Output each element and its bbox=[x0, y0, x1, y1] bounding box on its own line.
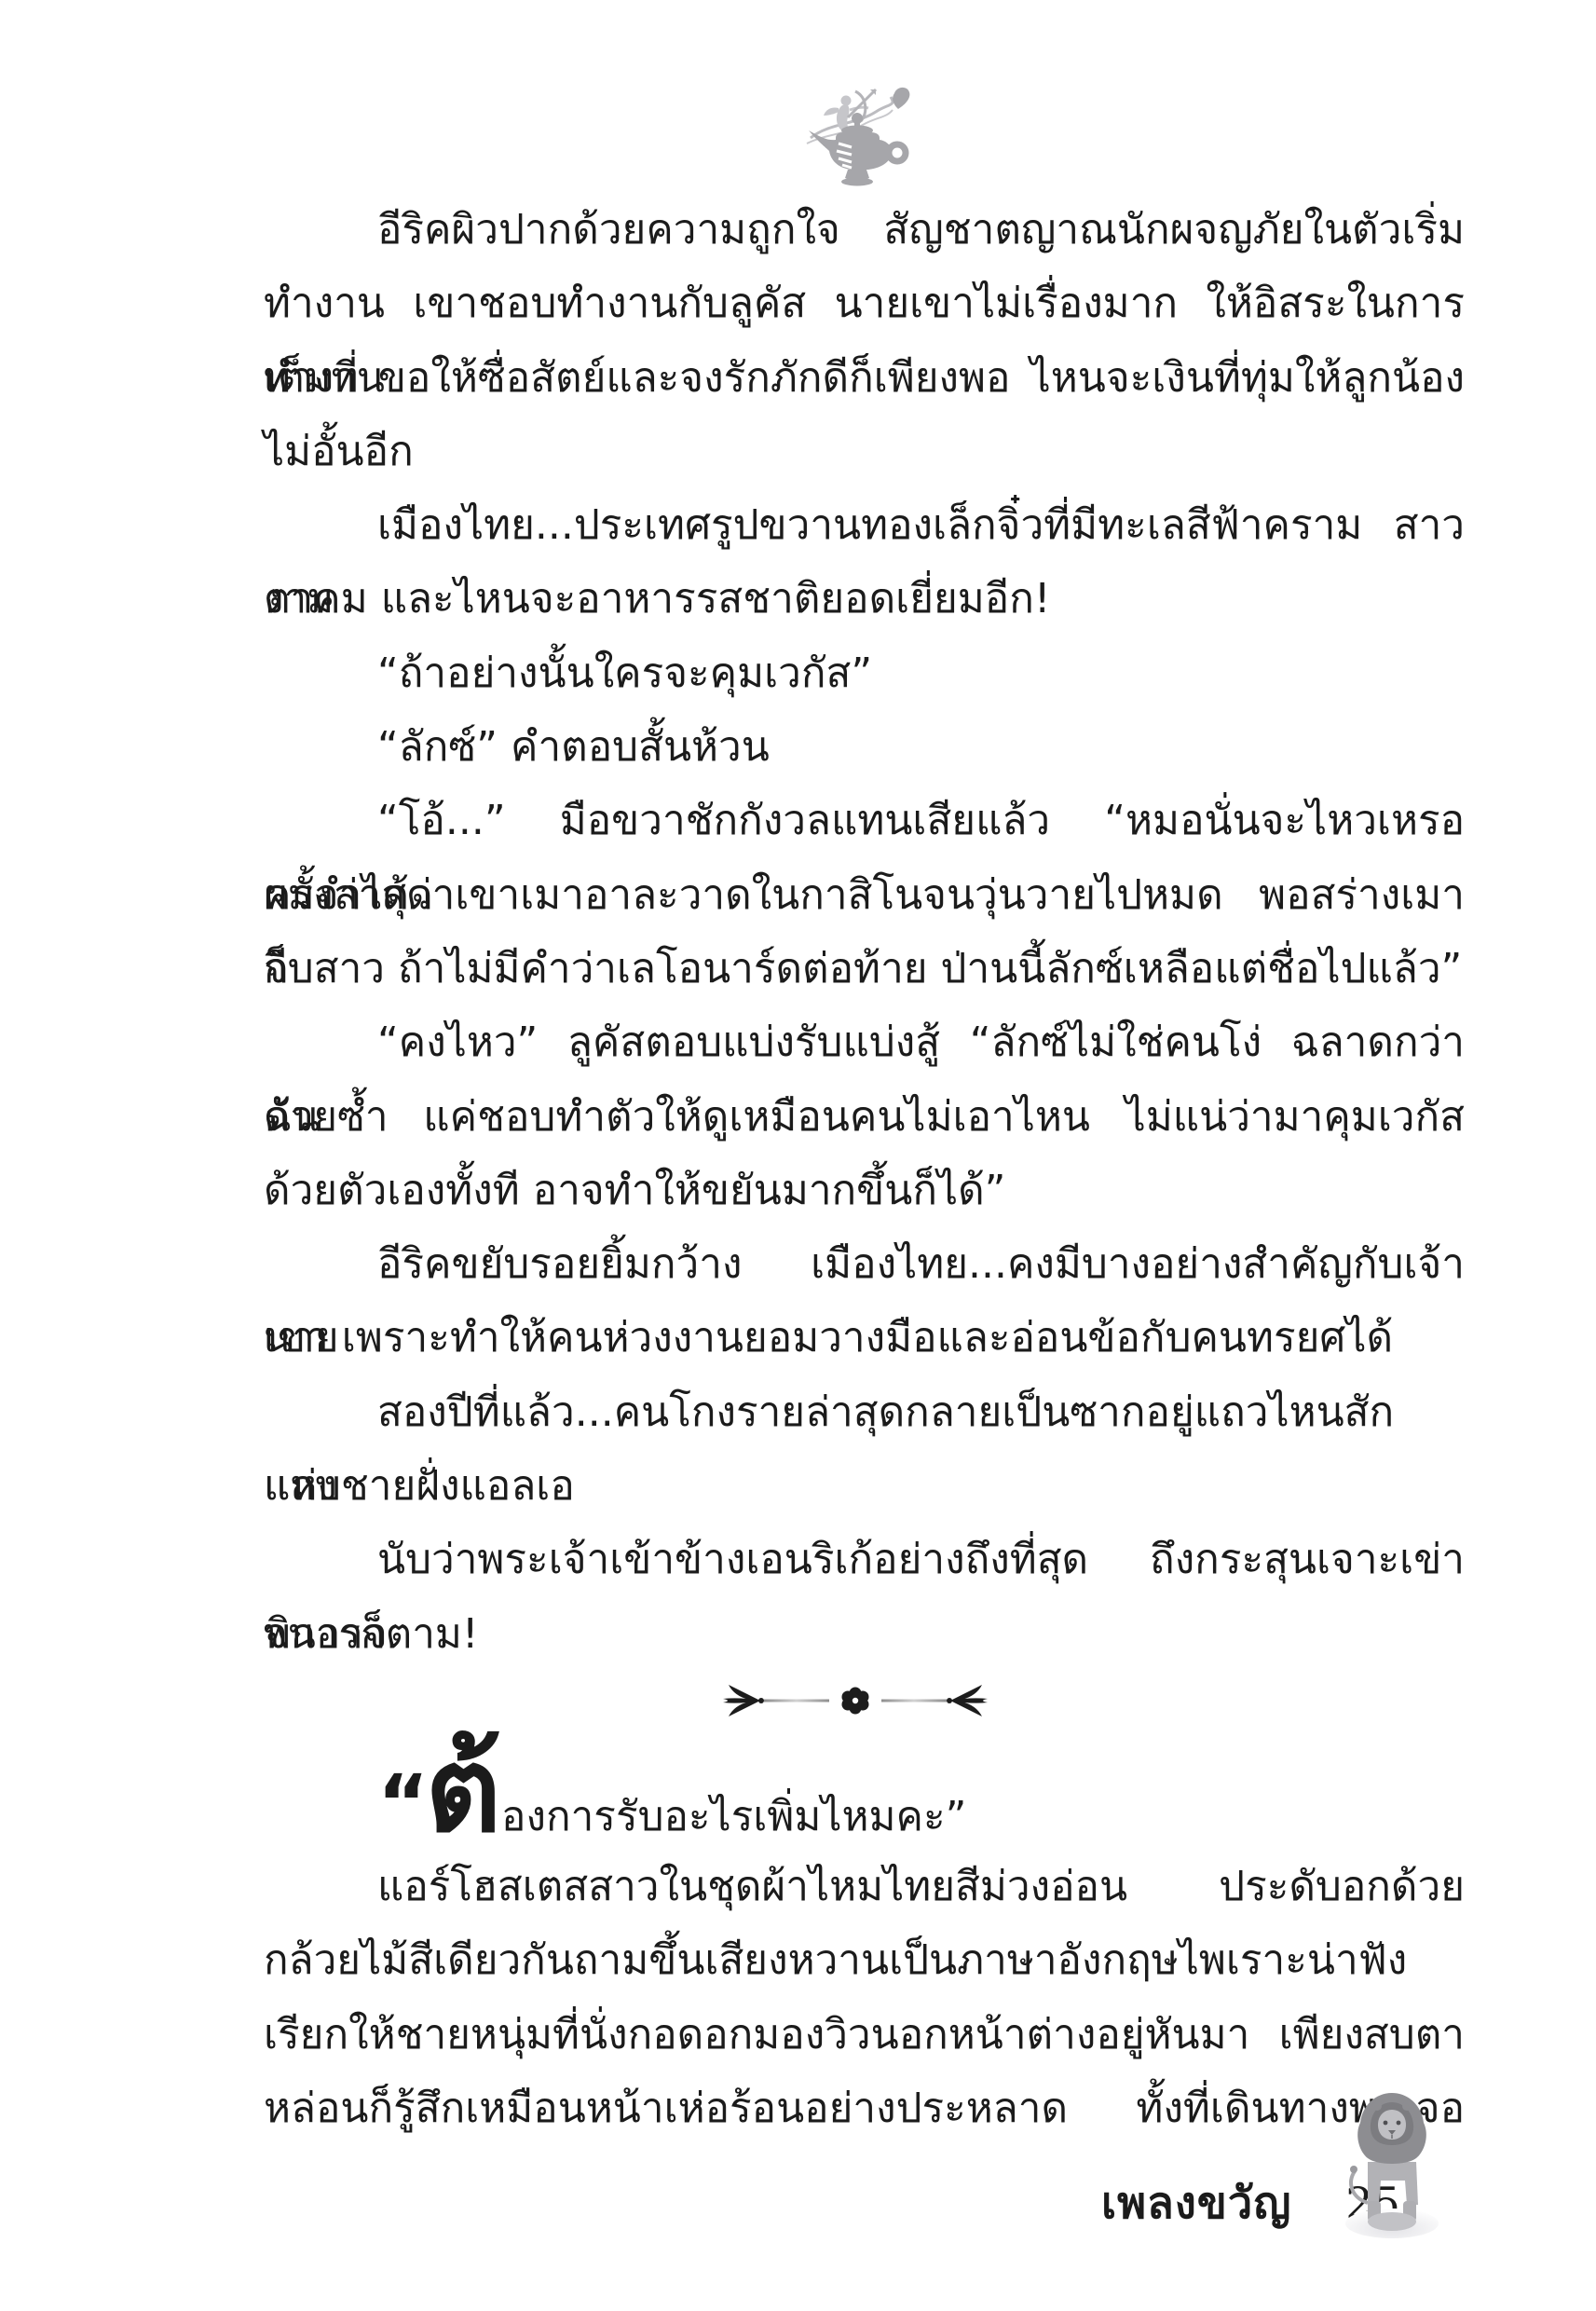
text-line: “โอ้...” มือขวาชักกังวลแทนเสียแล้ว “หมอน… bbox=[264, 784, 1465, 857]
cupid-genie-lamp-icon bbox=[798, 76, 921, 190]
text-line: เมืองไทย...ประเทศรูปขวานทองเล็กจิ๋วที่มี… bbox=[264, 488, 1465, 562]
text-line: กล้วยไม้สีเดียวกันถามขึ้นเสียงหวานเป็นภา… bbox=[264, 1923, 1465, 1997]
floral-divider-icon bbox=[717, 1683, 993, 1718]
text-line: แอร์โฮสเตสสาวในชุดผ้าไหมไทยสีม่วงอ่อน ปร… bbox=[264, 1850, 1465, 1923]
text-line: ผมจำได้ว่าเขาเมาอาละวาดในกาสิโนจนวุ่นวาย… bbox=[264, 858, 1465, 932]
book-page: อีริคผิวปากด้วยความถูกใจ สัญชาตญาณนักผจญ… bbox=[0, 0, 1596, 2311]
drop-cap-line: “ต้องการรับอะไรเพิ่มไหมคะ” bbox=[377, 1731, 966, 1862]
text-line: สองปีที่แล้ว...คนโกงรายล่าสุดกลายเป็นซาก… bbox=[264, 1375, 1465, 1449]
text-line: แถบชายฝั่งแอลเอ bbox=[264, 1449, 1465, 1523]
text-line: อีริคขยับรอยยิ้มกว้าง เมืองไทย...คงมีบาง… bbox=[264, 1227, 1465, 1301]
text-line: พิการก็ตาม! bbox=[264, 1597, 1465, 1671]
text-line: ด้วยตัวเองทั้งที อาจทำให้ขยันมากขึ้นก็ได… bbox=[264, 1154, 1465, 1227]
text-line: นับว่าพระเจ้าเข้าข้างเอนริเก้อย่างถึงที่… bbox=[264, 1523, 1465, 1596]
book-title: เพลงขวัญ bbox=[1101, 2167, 1291, 2237]
text-line: ทำงาน เขาชอบทำงานกับลูคัส นายเขาไม่เรื่อ… bbox=[264, 267, 1465, 340]
drop-cap-quote: “ bbox=[377, 1757, 425, 1849]
text-line: ไม่อั้นอีก bbox=[264, 415, 1465, 488]
drop-cap-rest-text: องการรับอะไรเพิ่มไหมคะ” bbox=[501, 1793, 966, 1840]
section2-text: แอร์โฮสเตสสาวในชุดผ้าไหมไทยสีม่วงอ่อน ปร… bbox=[264, 1850, 1465, 2145]
lion-image bbox=[1340, 2085, 1444, 2242]
text-line: “ลักซ์” คำตอบสั้นห้วน bbox=[264, 710, 1465, 784]
text-line: อีริคผิวปากด้วยความถูกใจ สัญชาตญาณนักผจญ… bbox=[264, 193, 1465, 267]
text-line: “ถ้าอย่างนั้นใครจะคุมเวกัส” bbox=[264, 636, 1465, 710]
text-line: เรียกให้ชายหนุ่มที่นั่งกอดอกมองวิวนอกหน้… bbox=[264, 1998, 1465, 2072]
body-text: อีริคผิวปากด้วยความถูกใจ สัญชาตญาณนักผจญ… bbox=[264, 193, 1465, 1671]
text-line: จีบสาว ถ้าไม่มีคำว่าเลโอนาร์ดต่อท้าย ป่า… bbox=[264, 932, 1465, 1005]
text-line: “คงไหว” ลูคัสตอบแบ่งรับแบ่งสู้ “ลักซ์ไม่… bbox=[264, 1005, 1465, 1079]
text-line: เต็มที่ ขอให้ซื่อสัตย์และจงรักภักดีก็เพี… bbox=[264, 341, 1465, 415]
text-line: หล่อนก็รู้สึกเหมือนหน้าเห่อร้อนอย่างประห… bbox=[264, 2072, 1465, 2145]
text-line: ด้วยซ้ำ แค่ชอบทำตัวให้ดูเหมือนคนไม่เอาไห… bbox=[264, 1080, 1465, 1154]
text-line: ตาคม และไหนจะอาหารรสชาติยอดเยี่ยมอีก! bbox=[264, 562, 1465, 636]
text-line: เขา เพราะทำให้คนห่วงงานยอมวางมือและอ่อนข… bbox=[264, 1301, 1465, 1374]
drop-cap: ต้ bbox=[425, 1721, 501, 1858]
